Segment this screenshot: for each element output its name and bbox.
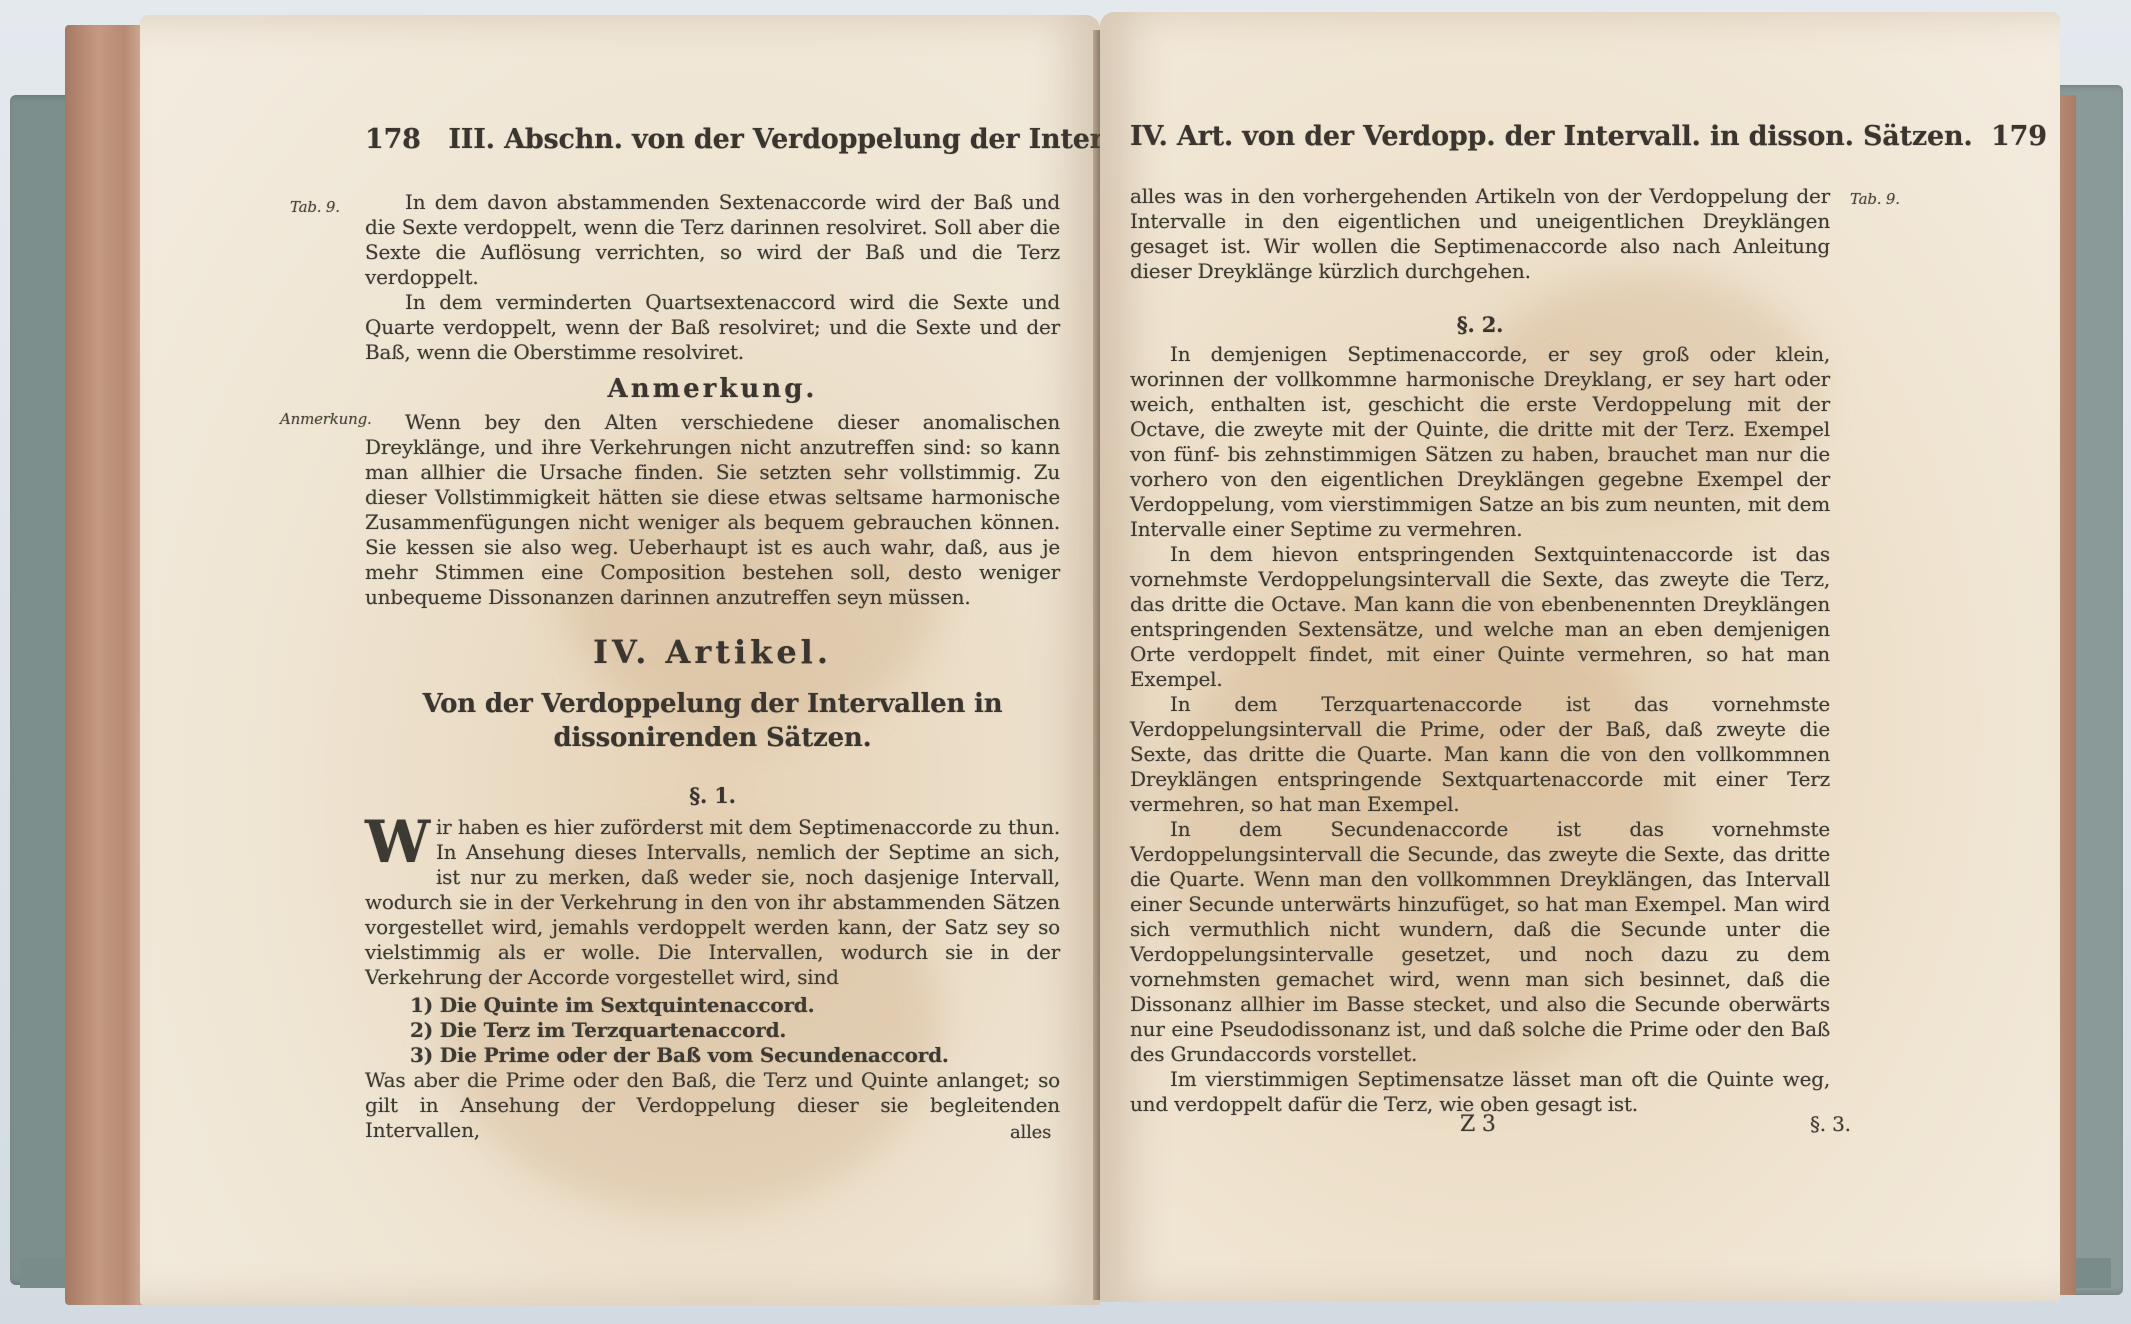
left-page-header: 178 III. Abschn. von der Verdoppelung de…: [365, 127, 1100, 152]
paragraph: In dem hievon entspringenden Sextquinten…: [1130, 542, 1830, 692]
margin-note-anmerkung: Anmerkung.: [280, 407, 350, 432]
right-paragraphs: In demjenigen Septimenaccorde, er sey gr…: [1130, 342, 1830, 1117]
signature-mark: Z 3: [1460, 1112, 1496, 1137]
right-page-number: 179: [1991, 121, 2047, 152]
section-1-paragraph: Wir haben es hier zuförderst mit dem Sep…: [365, 815, 1060, 990]
section-marker: §. 2.: [1130, 312, 1830, 337]
margin-note-tab: Tab. 9.: [290, 195, 340, 220]
right-running-head: IV. Art. von der Verdopp. der Intervall.…: [1130, 121, 1973, 152]
anmerkung-heading: Anmerkung.: [365, 377, 1060, 402]
right-opening-paragraph: alles was in den vorhergehenden Artikeln…: [1130, 184, 1830, 284]
left-page-number: 178: [365, 124, 421, 155]
article-title: Von der Verdoppelung der Intervallen in …: [365, 687, 1060, 755]
right-page: IV. Art. von der Verdopp. der Intervall.…: [1100, 12, 2060, 1302]
paragraph: In dem verminderten Quartsextenaccord wi…: [365, 290, 1060, 365]
left-running-head: III. Abschn. von der Verdoppelung der In…: [448, 124, 1100, 155]
paragraph: In dem Terzquartenaccorde ist das vorneh…: [1130, 692, 1830, 817]
catchword: §. 3.: [1810, 1112, 1851, 1137]
interval-list: 1) Die Quinte im Sextquintenaccord. 2) D…: [365, 993, 1060, 1068]
page-edges-left: [65, 25, 150, 1305]
closing-paragraph: Was aber die Prime oder den Baß, die Ter…: [365, 1068, 1060, 1143]
section-marker: §. 1.: [365, 783, 1060, 808]
left-page: 178 III. Abschn. von der Verdoppelung de…: [140, 15, 1100, 1305]
right-page-header: IV. Art. von der Verdopp. der Intervall.…: [1130, 124, 2047, 149]
catchword: alles: [1010, 1120, 1051, 1145]
anmerkung-paragraph: Wenn bey den Alten verschiedene dieser a…: [365, 410, 1060, 610]
margin-note-tab: Tab. 9.: [1850, 187, 1900, 212]
list-item: 3) Die Prime oder der Baß vom Secundenac…: [365, 1043, 1060, 1068]
list-item: 1) Die Quinte im Sextquintenaccord.: [365, 993, 1060, 1018]
list-item: 2) Die Terz im Terzquartenaccord.: [365, 1018, 1060, 1043]
paragraph: In demjenigen Septimenaccorde, er sey gr…: [1130, 342, 1830, 542]
left-top-paragraphs: In dem davon abstammenden Sextenaccorde …: [365, 190, 1060, 365]
paragraph: In dem davon abstammenden Sextenaccorde …: [365, 190, 1060, 290]
drop-cap: W: [365, 817, 430, 867]
paragraph: In dem Secundenaccorde ist das vornehmst…: [1130, 817, 1830, 1067]
paragraph: Im vierstimmigen Septimensatze lässet ma…: [1130, 1067, 1830, 1117]
article-heading: IV. Artikel.: [365, 640, 1060, 665]
